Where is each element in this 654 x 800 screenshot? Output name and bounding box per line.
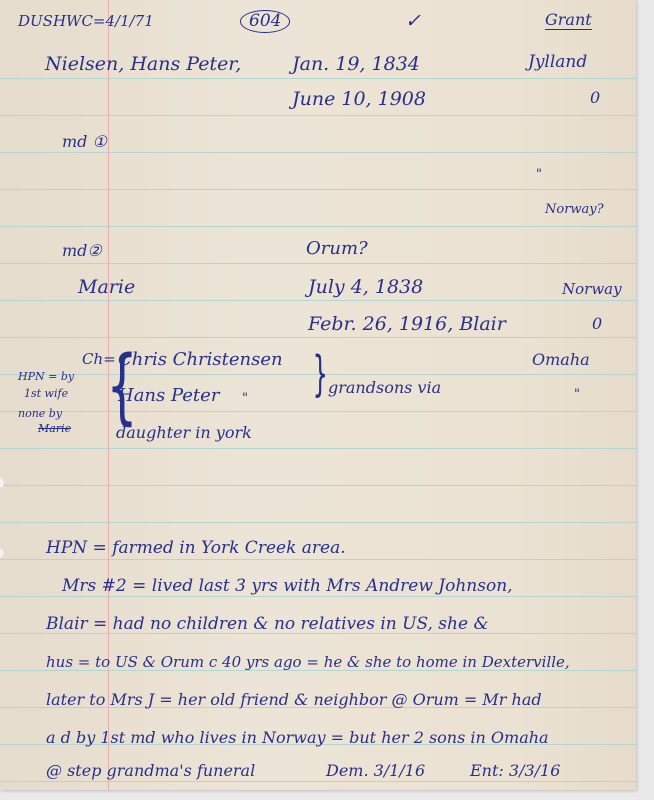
ruled-line bbox=[0, 189, 636, 190]
marriage-2-surname-note: Orum? bbox=[306, 240, 368, 258]
dem-date: Dem. 3/1/16 bbox=[326, 763, 425, 779]
subject-name: Nielsen, Hans Peter, bbox=[45, 55, 241, 74]
side-note-line: Marie bbox=[38, 423, 71, 434]
side-note-line: 1st wife bbox=[24, 388, 68, 399]
ruled-line bbox=[0, 596, 636, 597]
marriage-1-place: Norway? bbox=[545, 203, 604, 216]
omaha-place: Omaha bbox=[532, 352, 590, 368]
ruled-line bbox=[0, 522, 636, 523]
checkmark: ✓ bbox=[405, 12, 421, 31]
note-line: @ step grandma's funeral bbox=[46, 763, 255, 779]
ruled-line bbox=[0, 485, 636, 486]
spouse-death-info: Febr. 26, 1916, Blair bbox=[308, 315, 506, 334]
subject-death-date: June 10, 1908 bbox=[292, 90, 426, 109]
subject-death-mark: 0 bbox=[590, 90, 600, 106]
ruled-line bbox=[0, 226, 636, 227]
ruled-line bbox=[0, 152, 636, 153]
marriage-1-ditto: " bbox=[536, 168, 542, 181]
child-name: Hans Peter bbox=[118, 387, 219, 405]
subject-birthplace: Jylland bbox=[528, 54, 587, 71]
note-line: a d by 1st md who lives in Norway = but … bbox=[46, 730, 549, 746]
ruled-line bbox=[0, 337, 636, 338]
spouse-name: Marie bbox=[78, 278, 135, 297]
note-line: Mrs #2 = lived last 3 yrs with Mrs Andre… bbox=[62, 578, 513, 595]
ent-date: Ent: 3/3/16 bbox=[470, 763, 560, 779]
grandsons-brace: } bbox=[313, 350, 328, 398]
ruled-line bbox=[0, 115, 636, 116]
ruled-line bbox=[0, 781, 636, 782]
ruled-line bbox=[0, 411, 636, 412]
omaha-ditto: " bbox=[574, 388, 580, 401]
ruled-line bbox=[0, 559, 636, 560]
spouse-birth-date: July 4, 1838 bbox=[308, 278, 423, 297]
ruled-line bbox=[0, 263, 636, 264]
note-line: Blair = had no children & no relatives i… bbox=[46, 616, 489, 633]
county: Grant bbox=[545, 12, 592, 30]
punch-hole bbox=[0, 548, 4, 558]
punch-hole bbox=[0, 478, 4, 488]
child-ditto: " bbox=[242, 392, 248, 405]
marriage-1-label: md ① bbox=[62, 134, 107, 150]
spouse-death-mark: 0 bbox=[592, 316, 602, 332]
side-note-line: none by bbox=[18, 408, 62, 419]
entry-code: DUSHWC=4/1/71 bbox=[18, 14, 154, 29]
grandsons-note: grandsons via bbox=[328, 380, 441, 396]
record-number: 604 bbox=[240, 10, 290, 33]
marriage-2-label: md② bbox=[62, 243, 102, 259]
side-note-line: HPN = by bbox=[18, 371, 74, 382]
child-name: Chris Christensen bbox=[118, 351, 283, 369]
ruled-line bbox=[0, 300, 636, 301]
spouse-birthplace: Norway bbox=[562, 282, 622, 297]
ruled-line bbox=[0, 78, 636, 79]
subject-birth-date: Jan. 19, 1834 bbox=[292, 55, 420, 74]
ruled-line bbox=[0, 448, 636, 449]
child-name: daughter in york bbox=[116, 425, 252, 441]
note-line: HPN = farmed in York Creek area. bbox=[46, 540, 346, 557]
notebook-page: DUSHWC=4/1/71 604 ✓ Grant Nielsen, Hans … bbox=[0, 0, 636, 790]
note-line: later to Mrs J = her old friend & neighb… bbox=[46, 692, 542, 708]
note-line: hus = to US & Orum c 40 yrs ago = he & s… bbox=[46, 655, 570, 670]
